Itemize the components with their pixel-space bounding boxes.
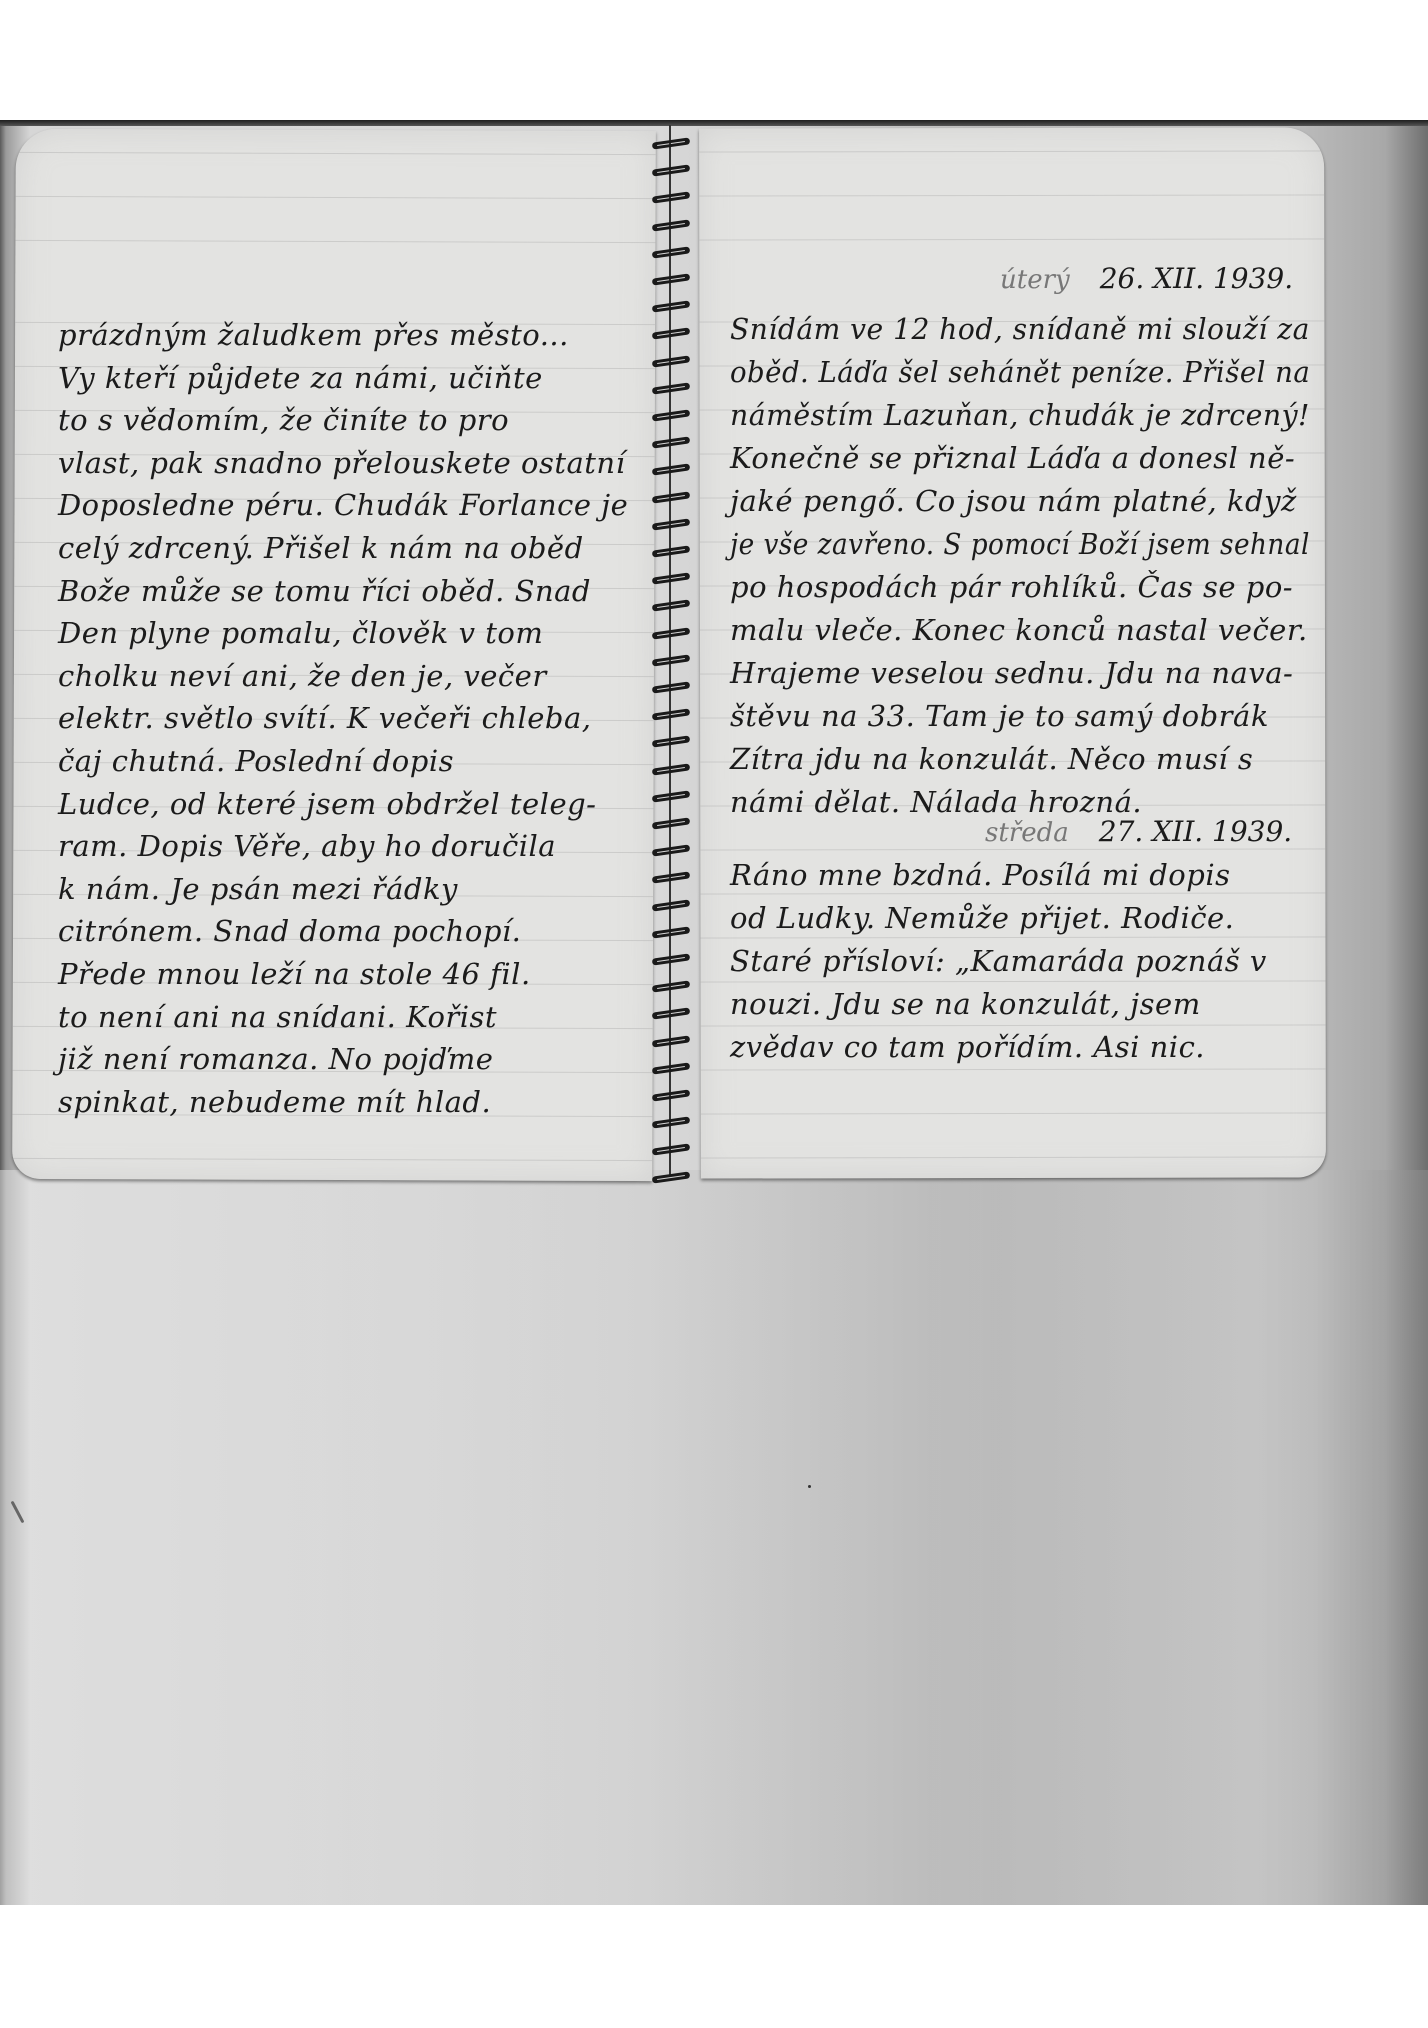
spiral-coil [652, 1007, 690, 1021]
handwritten-line: cholku neví ani, že den je, večer [58, 659, 547, 693]
handwritten-line: Hrajeme veselou sednu. Jdu na nava- [730, 656, 1293, 690]
handwritten-line: Ráno mne bzdná. Posílá mi dopis [730, 858, 1231, 892]
handwritten-line: oběd. Láďa šel sehánět peníze. Přišel na [730, 355, 1310, 389]
spiral-coil [652, 654, 690, 668]
handwritten-line: malu vleče. Konec konců nastal večer. [730, 613, 1308, 647]
handwritten-line: čaj chutná. Poslední dopis [58, 744, 454, 778]
scanner-bed-shading [0, 1170, 1428, 1905]
spiral-coil [652, 409, 690, 423]
spiral-coil [652, 137, 690, 151]
spiral-coil [652, 953, 690, 967]
spiral-coil [652, 491, 690, 505]
handwritten-line: to s vědomím, že činíte to pro [58, 403, 509, 437]
spiral-coil [652, 980, 690, 994]
spiral-coil [652, 735, 690, 749]
handwritten-line: Bože může se tomu říci oběd. Snad [58, 574, 591, 608]
scan-top-edge [0, 120, 1428, 126]
handwritten-line: Den plyne pomalu, člověk v tom [58, 616, 543, 650]
handwritten-line: citrónem. Snad doma pochopí. [58, 914, 521, 948]
handwritten-line: k nám. Je psán mezi řádky [58, 872, 458, 906]
handwritten-line: Přede mnou leží na stole 46 fil. [58, 957, 531, 991]
spiral-coil [652, 708, 690, 722]
spiral-coil [652, 1171, 690, 1185]
spiral-coil [652, 926, 690, 940]
spiral-coil [652, 844, 690, 858]
spiral-coil [652, 219, 690, 233]
spiral-coil [652, 1143, 690, 1157]
handwritten-line: po hospodách pár rohlíků. Čas se po- [730, 570, 1293, 604]
spiral-coil [652, 817, 690, 831]
spiral-coil [652, 545, 690, 559]
handwritten-line: nouzi. Jdu se na konzulát, jsem [730, 987, 1201, 1021]
spiral-coil [652, 355, 690, 369]
spiral-coil [652, 627, 690, 641]
spiral-coil [652, 681, 690, 695]
handwritten-line: Konečně se přiznal Láďa a donesl ně- [730, 441, 1295, 475]
handwritten-line: štěvu na 33. Tam je to samý dobrák [730, 699, 1269, 733]
handwritten-line: prázdným žaludkem přes město... [58, 318, 569, 352]
spiral-coil [652, 790, 690, 804]
handwritten-line: Ludce, od které jsem obdržel teleg- [58, 787, 596, 821]
handwritten-line: Vy kteří půjdete za námi, učiňte [58, 361, 543, 395]
spiral-coil [652, 382, 690, 396]
spiral-coil [652, 1089, 690, 1103]
spiral-coil [652, 246, 690, 260]
handwritten-line: Zítra jdu na konzulát. Něco musí s [730, 742, 1253, 776]
handwritten-line: od Ludky. Nemůže přijet. Rodiče. [730, 901, 1234, 935]
spiral-coil [652, 327, 690, 341]
entry-day: středa [985, 818, 1069, 848]
spiral-coil [652, 599, 690, 613]
handwritten-line: to není ani na snídani. Kořist [58, 1000, 497, 1034]
entry-date: 26. XII. 1939. [1100, 262, 1293, 295]
spiral-coil [652, 899, 690, 913]
spiral-coil [652, 164, 690, 178]
handwritten-line: Snídám ve 12 hod, snídaně mi slouží za [730, 312, 1310, 346]
handwritten-line: zvědav co tam pořídím. Asi nic. [730, 1030, 1205, 1064]
spiral-coil [652, 300, 690, 314]
spiral-coil [652, 763, 690, 777]
spiral-coil [652, 436, 690, 450]
spiral-coil [652, 1062, 690, 1076]
entry-heading-1: úterý 26. XII. 1939. [1000, 262, 1293, 295]
handwritten-line: ram. Dopis Věře, aby ho doručila [58, 829, 556, 863]
handwritten-line: spinkat, nebudeme mít hlad. [58, 1085, 491, 1119]
handwritten-line: jaké pengő. Co jsou nám platné, když [730, 484, 1297, 518]
entry-date: 27. XII. 1939. [1099, 815, 1292, 848]
handwritten-line: námi dělat. Nálada hrozná. [730, 785, 1142, 819]
handwritten-line: je vše zavřeno. S pomocí Boží jsem sehna… [730, 527, 1310, 561]
spiral-binding [640, 125, 700, 1185]
spiral-coil [652, 572, 690, 586]
handwritten-line: celý zdrcený. Přišel k nám na oběd [58, 531, 584, 565]
spiral-coil [652, 273, 690, 287]
spiral-coil [652, 518, 690, 532]
handwritten-line: již není romanza. No pojďme [58, 1042, 493, 1076]
spiral-coil [652, 871, 690, 885]
handwritten-line: náměstím Lazuňan, chudák je zdrcený! [730, 398, 1310, 432]
handwritten-line: elektr. světlo svítí. K večeři chleba, [58, 701, 592, 735]
scan-artifact-dust [808, 1485, 811, 1488]
entry-heading-2: středa 27. XII. 1939. [985, 815, 1292, 848]
spiral-coil [652, 1035, 690, 1049]
handwritten-line: vlast, pak snadno přelouskete ostatní [58, 446, 625, 480]
spiral-coil [652, 463, 690, 477]
spiral-coil [652, 1116, 690, 1130]
handwritten-line: Staré přísloví: „Kamaráda poznáš v [730, 944, 1267, 978]
spiral-coil [652, 191, 690, 205]
handwritten-line: Doposledne péru. Chudák Forlance je [58, 488, 628, 522]
entry-day: úterý [1000, 265, 1070, 295]
